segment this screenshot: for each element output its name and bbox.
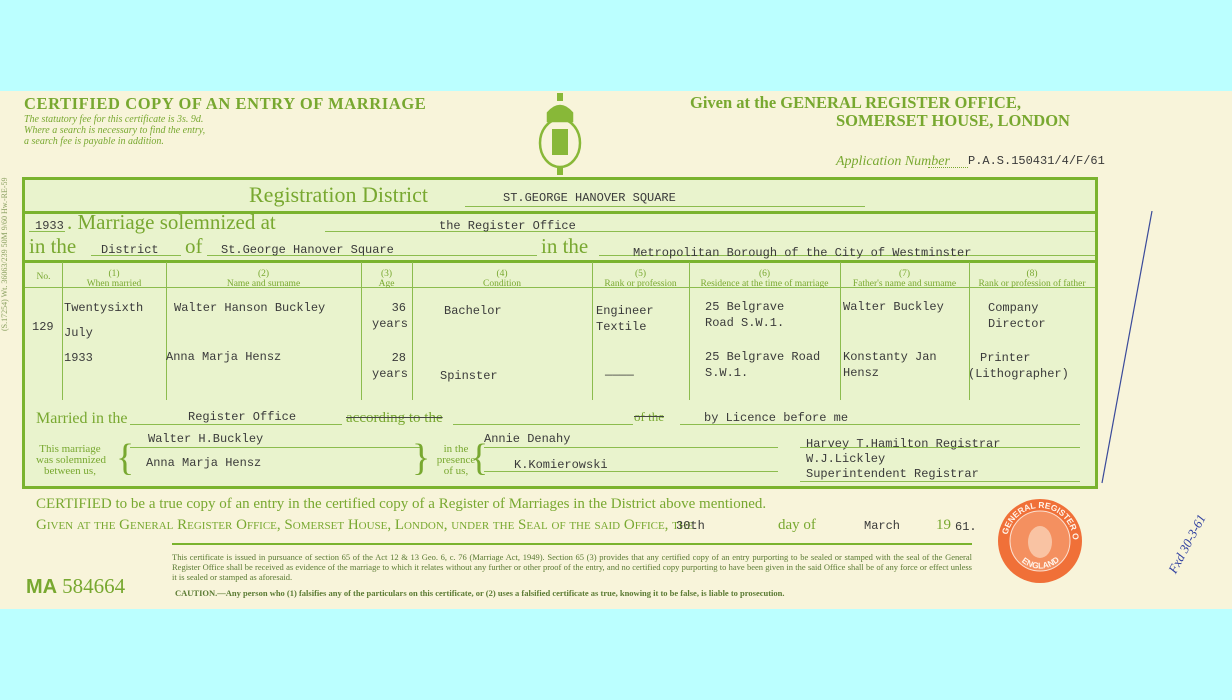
caution-text: CAUTION.—Any person who (1) falsifies an… [175,588,785,598]
groom-condition: Bachelor [444,303,502,319]
when-married: TwentysixthJuly1933 [64,300,143,366]
column-header-name: (2)Name and surname [166,269,361,289]
groom-profession: EngineerTextile [596,303,654,335]
of-the-label: of the [634,409,664,425]
day-of-label: day of [778,517,816,534]
divider [172,543,972,545]
solemnized-between-label: This marriagewas solemnizedbetween us, [36,444,104,477]
column-header-father-rank: (8)Rank or profession of father [969,269,1095,289]
district-type: District [101,243,159,257]
bride-condition: Spinster [440,368,498,384]
married-in-label: Married in the [36,410,128,428]
fee-note: The statutory fee for this certificate i… [24,114,205,147]
groom-name: Walter Hanson Buckley [174,300,325,316]
general-register-office-seal-icon: GENERAL REGISTER OFFICE ENGLAND [997,498,1083,584]
cert-month: March [864,518,900,534]
column-header-when-married: (1)When married [62,269,166,289]
form-code: (S.17254) Wt. 36063/239 50M 9/60 Hw.-RE-… [0,177,9,331]
column-header-residence: (6)Residence at the time of marriage [689,269,840,289]
given-at-statement: Given at the General Register Office, So… [36,517,694,534]
application-number: P.A.S.150431/4/F/61 [968,154,1105,168]
pen-line [1100,211,1160,486]
solemnized-at: the Register Office [439,219,576,233]
bride-profession: ———— [605,367,634,383]
brace-left: { [116,439,134,477]
entry-number: 129 [32,319,54,335]
superintendent-registrar-title: Superintendent Registrar [806,466,979,482]
cert-year-suffix: 61. [955,519,977,535]
groom-age: 36years [372,300,406,332]
registration-district-label: Registration District [249,182,428,208]
legal-text: This certificate is issued in pursuance … [172,552,972,582]
groom-father-profession: CompanyDirector [988,300,1046,332]
cert-year-prefix: 19 [936,517,951,534]
registration-district: ST.GEORGE HANOVER SQUARE [503,191,676,205]
handwritten-note: Fxd 30-3-61 [1165,512,1209,577]
superintendent-registrar-name: W.J.Lickley [806,451,885,467]
groom-residence: 25 BelgraveRoad S.W.1. [705,299,784,331]
married-in: Register Office [188,409,296,425]
column-header-condition: (4)Condition [412,269,592,289]
serial-number: MA 584664 [26,574,125,599]
bride-age: 28years [372,350,406,382]
signatory-groom: Walter H.Buckley [148,431,263,447]
certificate-title: CERTIFIED COPY OF AN ENTRY OF MARRIAGE [24,94,426,114]
witness-1: Annie Denahy [484,431,570,447]
groom-father-name: Walter Buckley [843,299,944,315]
column-header-rank: (5)Rank or profession [592,269,689,289]
registrar: Harvey T.Hamilton Registrar [806,436,1000,452]
certificate-paper: CERTIFIED COPY OF AN ENTRY OF MARRIAGE T… [0,91,1232,609]
solemnized-label: . Marriage solemnized at [67,210,276,235]
bride-residence: 25 Belgrave RoadS.W.1. [705,349,820,381]
bride-father-name: Konstanty JanHensz [843,349,937,381]
bride-father-profession: Printer(Lithographer) [968,350,1069,382]
district-name: St.George Hanover Square [221,243,394,257]
according-label: according to the [346,410,443,427]
column-header-no: No. [25,272,62,282]
dotted-leader [928,167,968,168]
column-header-age: (3)Age [361,269,412,289]
of-label: of [185,234,203,259]
certified-statement: CERTIFIED to be a true copy of an entry … [36,496,766,513]
cert-day: 30th [676,518,705,534]
borough: Metropolitan Borough of the City of West… [633,246,971,260]
general-register-office-title: Given at the GENERAL REGISTER OFFICE, SO… [690,94,1070,130]
column-header-father-name: (7)Father's name and surname [840,269,969,289]
in-the-label: in the [29,234,76,259]
signatory-bride: Anna Marja Hensz [146,455,261,471]
royal-crest-icon [530,91,590,177]
bride-name: Anna Marja Hensz [166,349,281,365]
in-the-label-2: in the [541,234,588,259]
brace-right: } [412,439,430,477]
marriage-year: 1933 [35,219,64,233]
